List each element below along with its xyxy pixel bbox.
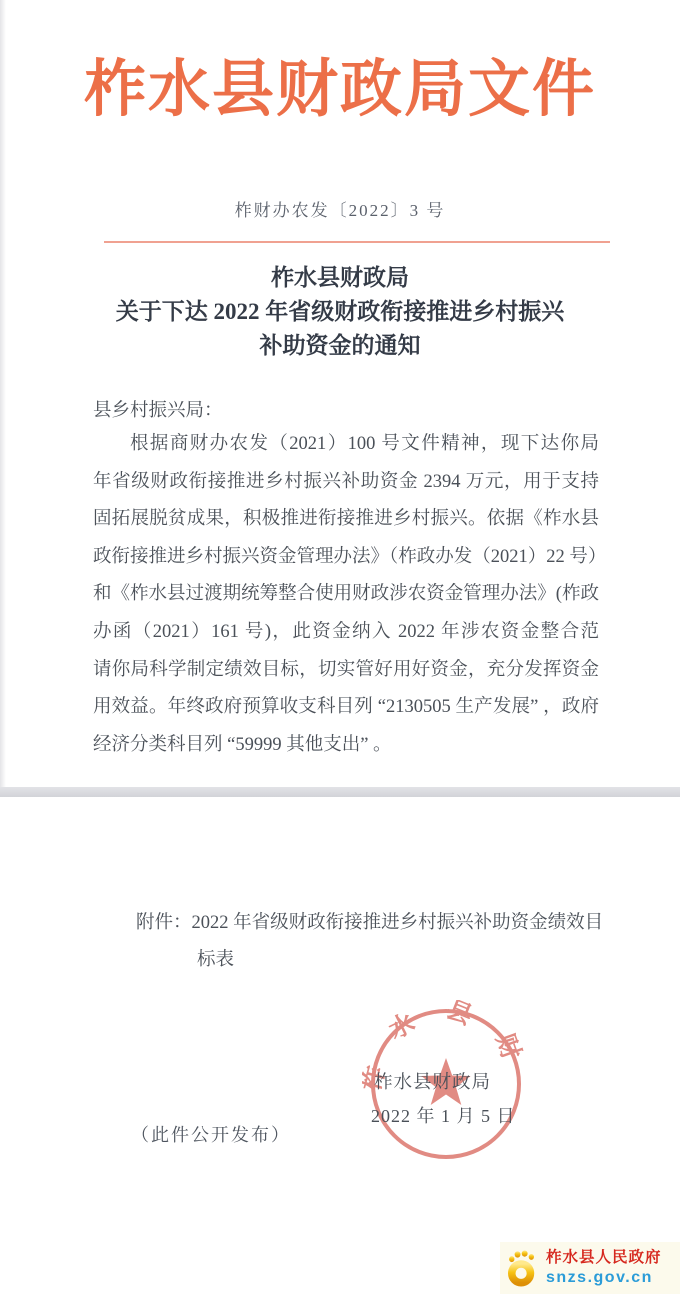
body-line: 请你局科学制定绩效目标，切实管好用好资金，充分发挥资金使 (93, 652, 599, 690)
document-title-line3: 补助资金的通知 (30, 329, 650, 363)
body-line: 用效益。年终政府预算收支科目列 “2130505 生产发展” ，政府 (93, 689, 599, 727)
government-site-name: 柞水县人民政府 (546, 1248, 662, 1267)
issue-date: 2022 年 1 月 5 日 (371, 1102, 516, 1128)
salutation: 县乡村振兴局： (93, 396, 223, 422)
body-line: 政衔接推进乡村振兴资金管理办法》（柞政办发（2021）22 号） (93, 539, 599, 577)
government-site-url: snzs.gov.cn (546, 1268, 662, 1288)
attachment-text-line1: 2022 年省级财政衔接推进乡村振兴补助资金绩效目 (192, 913, 604, 933)
scanned-document-page: 柞水县财政局文件 柞财办农发〔2022〕3 号 柞水县财政局 关于下达 2022… (0, 0, 680, 1298)
government-site-logo: 柞水县人民政府 snzs.gov.cn (500, 1242, 680, 1294)
document-header-title: 柞水县财政局文件 (0, 40, 680, 140)
page-break-divider (0, 787, 680, 797)
red-separator-line (104, 241, 610, 243)
body-line: 和《柞水县过渡期统筹整合使用财政涉农资金管理办法》(柞政 (93, 576, 599, 614)
issuing-authority: 柞水县财政局 (374, 1068, 491, 1094)
document-number: 柞财办农发〔2022〕3 号 (0, 196, 680, 221)
attachment-note: 附件：2022 年省级财政衔接推进乡村振兴补助资金绩效目 (136, 908, 603, 934)
document-title: 柞水县财政局 关于下达 2022 年省级财政衔接推进乡村振兴 补助资金的通知 (30, 261, 650, 363)
foot-icon (506, 1247, 538, 1289)
body-line: 办函（2021）161 号)，此资金纳入 2022 年涉农资金整合范畴， (93, 614, 599, 652)
body-line: 年省级财政衔接推进乡村振兴补助资金 2394 万元，用于支持巩 (93, 464, 599, 502)
attachment-label: 附件： (136, 913, 192, 933)
document-title-line1: 柞水县财政局 (30, 261, 650, 295)
body-line: 经济分类科目列 “59999 其他支出” 。 (93, 727, 599, 765)
attachment-text-line2: 标表 (197, 945, 234, 971)
document-body: 根据商财办农发（2021）100 号文件精神，现下达你局 2022 年省级财政衔… (93, 426, 599, 764)
document-title-line2: 关于下达 2022 年省级财政衔接推进乡村振兴 (30, 295, 650, 329)
body-line: 根据商财办农发（2021）100 号文件精神，现下达你局 2022 (93, 426, 599, 464)
public-release-note: （此件公开发布） (131, 1121, 291, 1147)
body-line: 固拓展脱贫成果，积极推进衔接推进乡村振兴。依据《柞水县财 (93, 501, 599, 539)
footer-text: 柞水县人民政府 snzs.gov.cn (546, 1248, 662, 1287)
